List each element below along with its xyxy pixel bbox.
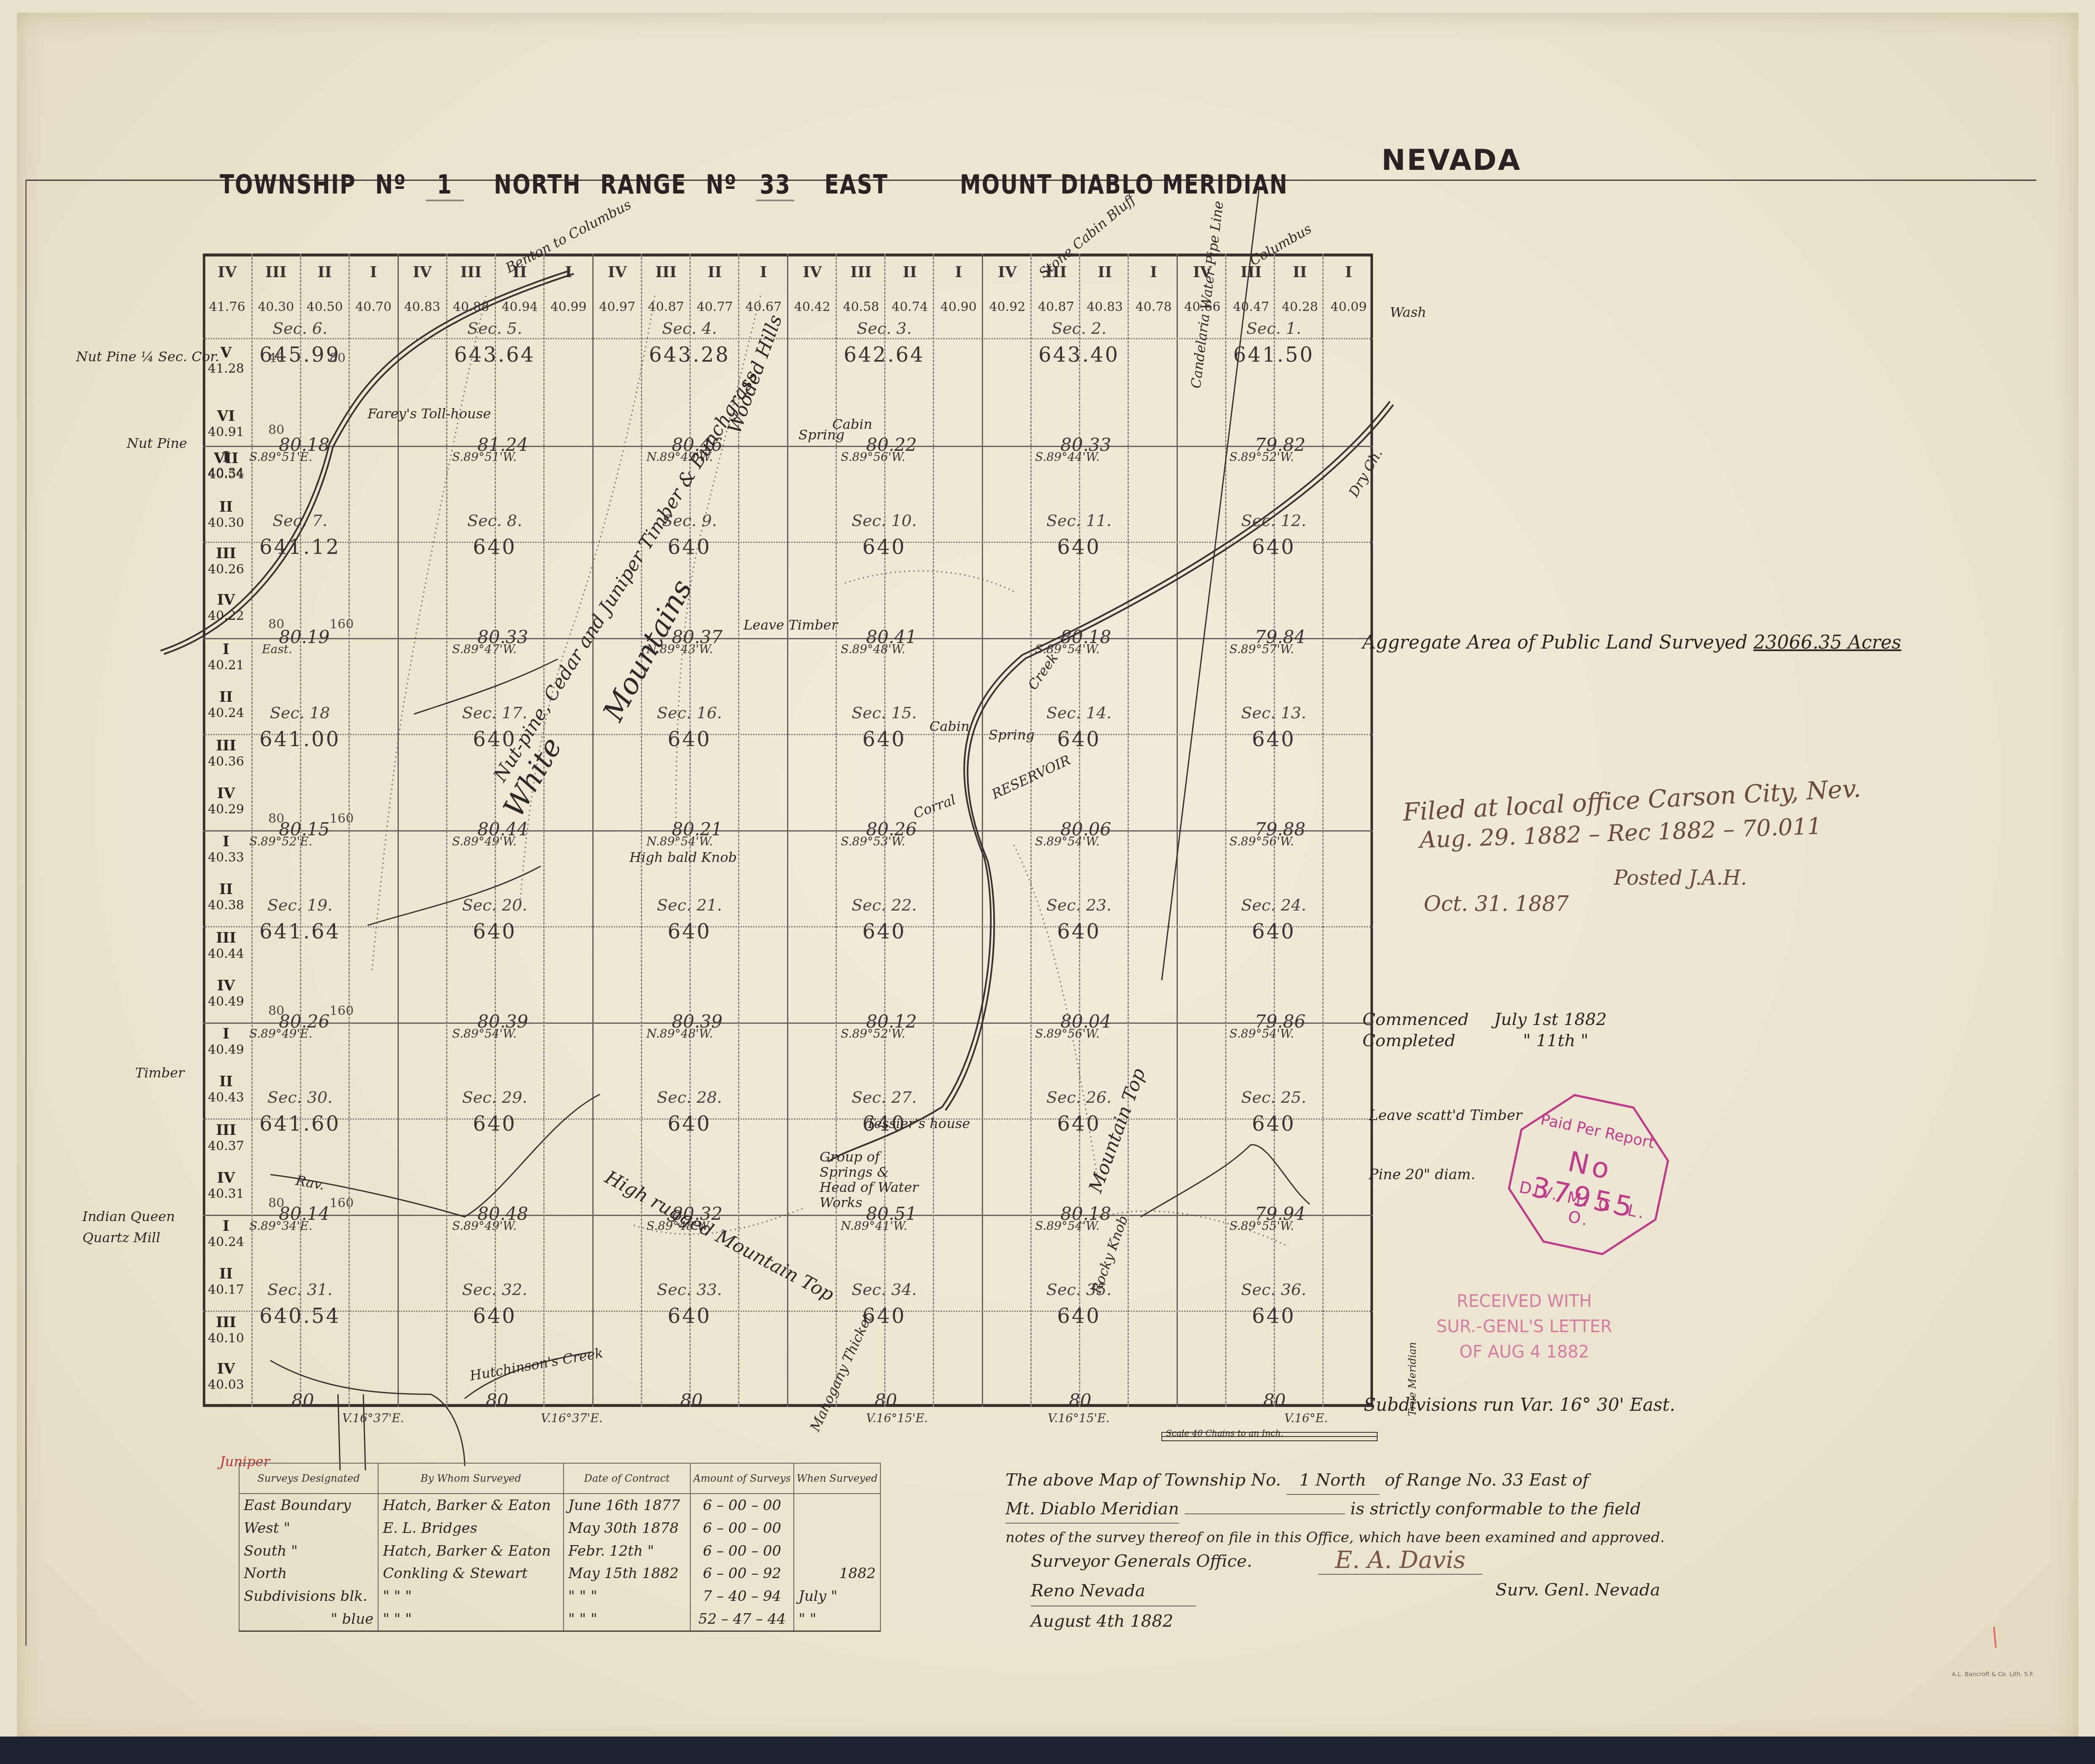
half-area: 160 [330,1003,354,1018]
surveyor-general-title: Surv. Genl. Nevada [1496,1580,1660,1600]
section-34: Sec. 34.640 [787,1215,981,1407]
pine-diameter-note: Pine 20" diam. [1369,1166,1475,1183]
label-nut-pine: Nut Pine [127,435,187,451]
chain-length: 80 [486,1390,508,1411]
section-18: Sec. 18641.00 [203,638,397,830]
label-group-of-springs: Group of Springs & Head of Water Works [820,1149,929,1210]
bearing: East. [262,642,292,656]
bearing: S.89°54'W. [1035,1219,1100,1233]
table-row: West "E. L. BridgesMay 30th 18786 – 00 –… [239,1517,880,1540]
printer-credit: A.L. Bancroft & Co. Lith. S.F. [1952,1671,2034,1678]
section-8: Sec. 8.640 [398,446,592,638]
col-header: Amount of Surveys [690,1463,794,1494]
table-row: South "Hatch, Barker & EatonFebr. 12th "… [239,1540,880,1562]
bearing: V.16°37'E. [342,1411,404,1425]
forty-area: 40 [268,351,284,365]
left-border-line [25,180,27,1646]
bearing: S.89°51'W. [452,450,517,464]
table-row: NorthConkling & StewartMay 15th 18826 – … [239,1562,880,1585]
label-cabin: Cabin [929,718,970,734]
table-row: Subdivisions blk." " "" " "7 – 40 – 94Ju… [239,1585,880,1608]
leave-scattered-timber-note: Leave scatt'd Timber [1369,1107,1522,1124]
section-10: Sec. 10.640 [787,446,981,638]
section-35: Sec. 35.640 [982,1215,1176,1407]
bearing: S.89°49'W. [452,1219,517,1233]
scan-background [0,1737,2095,1764]
section-13: Sec. 13.640 [1177,638,1371,830]
bearing: S.89°52'W. [1229,450,1294,464]
bearing: S.89°47'W. [452,642,517,656]
label-spring: Spring [989,727,1035,743]
range-number: Nº 33 [706,169,805,200]
section-31: Sec. 31.640.54 [203,1215,397,1407]
bearing: S.89°56'W. [1035,1027,1100,1041]
section-23: Sec. 23.640 [982,830,1176,1022]
section-24: Sec. 24.640 [1177,830,1371,1022]
section-36: Sec. 36.640 [1177,1215,1371,1407]
bearing: S.89°55'W. [1229,1219,1294,1233]
bearing: S.89°34'E. [249,1219,312,1233]
label-timber: Timber [135,1065,185,1081]
chain-length: 80 [1263,1390,1286,1411]
section-29: Sec. 29.640 [398,1022,592,1215]
quarter-area: 80 [330,351,346,365]
section-20: Sec. 20.640 [398,830,592,1022]
bearing: N.89°48'W. [646,1027,713,1041]
label-quartz-mill: Quartz Mill [82,1230,161,1246]
map-title: TOWNSHIP Nº 1 NORTH RANGE Nº 33 EAST MOU… [220,169,1299,201]
township-grid: IV41.76 III40.30 II40.50 I40.70 IV40.83 … [203,254,1373,1407]
bearing: V.16°15'E. [866,1411,928,1425]
col-header: Date of Contract [564,1463,690,1494]
state-stamp: NEVADA [1381,144,1521,177]
section-3: Sec. 3.642.64 [787,254,981,446]
bearing: S.89°49'E. [249,1027,312,1041]
bearing: S.89°44'W. [1035,450,1100,464]
label-indian-queen: Indian Queen [82,1208,175,1224]
bearing: S.89°52'W. [841,1027,905,1041]
bearing: V.16°E. [1284,1411,1328,1425]
label-spring-sec3: Spring [798,427,845,443]
bearing: N.89°41'W. [841,1219,907,1233]
bearing: S.89°56'W. [1229,834,1294,848]
township-label: TOWNSHIP [220,169,356,200]
township-number: Nº 1 [375,169,474,200]
label-fareys-toll-house: Farey's Toll-house [368,406,491,422]
handwritten-posted: Posted J.A.H. [1614,866,1747,890]
half-area: 160 [330,811,354,826]
section-25: Sec. 25.640 [1177,1022,1371,1215]
bearing: S.89°54'W. [452,1027,517,1041]
handwritten-date: Oct. 31. 1887 [1424,892,1569,916]
commenced-date: CommencedJuly 1st 1882 [1362,1010,1607,1029]
section-19: Sec. 19.641.64 [203,830,397,1022]
bearing: V.16°15'E. [1048,1411,1110,1425]
section-2: Sec. 2.643.40 [982,254,1176,446]
bearing: S.89°52'E. [249,834,312,848]
col-header: By Whom Surveyed [378,1463,564,1494]
bearing: S.89°53'W. [841,834,905,848]
bearing: S.89°56'W. [841,450,905,464]
chain-length: 80 [1069,1390,1091,1411]
chain-length: 80 [875,1390,897,1411]
range-label: RANGE [600,169,687,200]
subdivisions-variation: Subdivisions run Var. 16° 30' East. [1364,1394,1675,1415]
certificate-text: The above Map of Township No. 1 North of… [1005,1466,1665,1551]
chain-length: 80 [292,1390,314,1411]
label-high-bald-knob: High bald Knob [629,849,737,865]
completed-date: Completed" 11th " [1362,1031,1588,1050]
half-area: 160 [330,1196,354,1211]
range-direction: EAST [825,169,888,200]
direction-label: NORTH [494,169,581,200]
table-row: East BoundaryHatch, Barker & EatonJune 1… [239,1494,880,1517]
chain-length: 80 [680,1390,703,1411]
section-12: Sec. 12.640 [1177,446,1371,638]
section-33: Sec. 33.640 [592,1215,787,1407]
aggregate-area: Aggregate Area of Public Land Surveyed23… [1362,632,1901,653]
col-header: Surveys Designated [239,1463,378,1494]
bearing: V.16°37'E. [541,1411,603,1425]
label-nut-pine-corner: Nut Pine ¼ Sec. Cor. [76,349,219,365]
bearing: S.89°57'W. [1229,642,1294,656]
scale-label: Scale 40 Chains to an Inch. [1166,1428,1283,1438]
label-wash: Wash [1390,304,1426,320]
received-stamp: RECEIVED WITH SUR.-GENL'S LETTER OF AUG … [1436,1289,1612,1365]
col-header: When Surveyed [794,1463,880,1494]
surveyor-general-signature: E. A. Davis [1318,1546,1482,1575]
bearing: S.89°49'W. [452,834,517,848]
table-row: " blue" " "" " "52 – 47 – 44" " [239,1608,880,1631]
section-11: Sec. 11.640 [982,446,1176,638]
section-22: Sec. 22.640 [787,830,981,1022]
label-leave-timber: Leave Timber [744,617,838,633]
survey-table: Surveys Designated By Whom Surveyed Date… [239,1463,881,1632]
half-area: 160 [330,617,354,632]
office-block: Surveyor Generals Office. Reno Nevada Au… [1031,1546,1252,1636]
bearing: S.89°51'E. [249,450,312,464]
label-tessiers-house: Tessier's house [866,1115,970,1131]
bearing: S.89°54'W. [1229,1027,1294,1041]
section-7: Sec. 7.641.12 [203,446,397,638]
bearing: N.89°54'W. [646,834,713,848]
bearing: S.89°48'W. [841,642,905,656]
bearing: S.89°54'W. [1035,834,1100,848]
paid-per-report-stamp: Paid Per Report No 37955 DIV. M. G. L. O… [1498,1085,1679,1265]
section-26: Sec. 26.640 [982,1022,1176,1215]
